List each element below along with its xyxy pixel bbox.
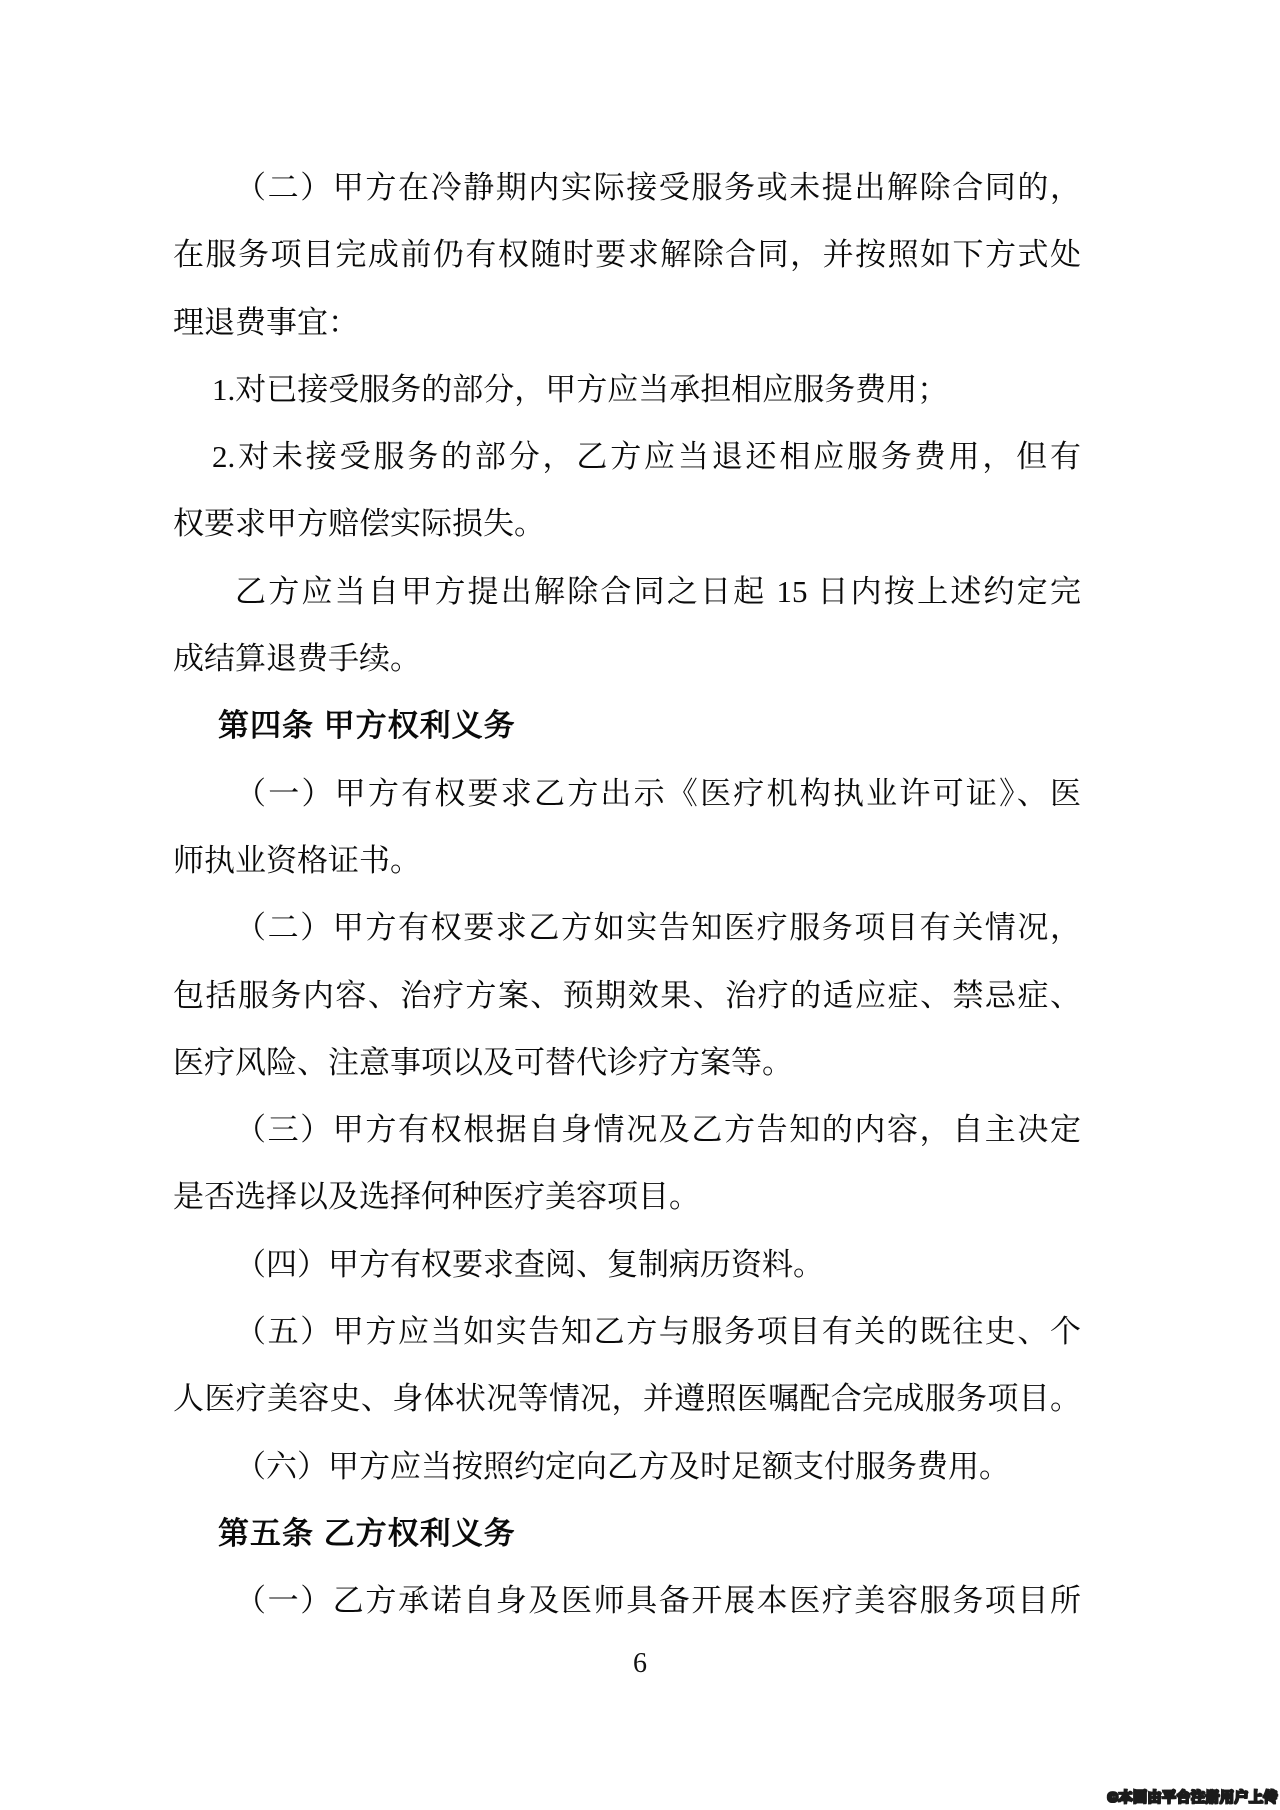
text-line: 是否选择以及选择何种医疗美容项目。	[173, 1163, 1081, 1230]
text-line: （六）甲方应当按照约定向乙方及时足额支付服务费用。	[173, 1433, 1081, 1500]
document-body: （二）甲方在冷静期内实际接受服务或未提出解除合同的，在服务项目完成前仍有权随时要…	[173, 154, 1081, 1635]
text-line: （三）甲方有权根据自身情况及乙方告知的内容，自主决定	[173, 1096, 1081, 1163]
text-line: 乙方应当自甲方提出解除合同之日起 15 日内按上述约定完	[173, 558, 1081, 625]
text-line: 权要求甲方赔偿实际损失。	[173, 490, 1081, 557]
section-heading: 第四条 甲方权利义务	[173, 692, 1081, 759]
text-line: 在服务项目完成前仍有权随时要求解除合同，并按照如下方式处	[173, 221, 1081, 288]
text-line: （二）甲方在冷静期内实际接受服务或未提出解除合同的，	[173, 154, 1081, 221]
text-line: （一）甲方有权要求乙方出示《医疗机构执业许可证》、医	[173, 760, 1081, 827]
text-line: 人医疗美容史、身体状况等情况，并遵照医嘱配合完成服务项目。	[173, 1365, 1081, 1432]
section-heading: 第五条 乙方权利义务	[173, 1500, 1081, 1567]
text-line: （四）甲方有权要求查阅、复制病历资料。	[173, 1231, 1081, 1298]
text-line: 成结算退费手续。	[173, 625, 1081, 692]
text-line: 1.对已接受服务的部分，甲方应当承担相应服务费用；	[173, 356, 1081, 423]
watermark-text: ©本图由平台注册用户上传	[1108, 1788, 1278, 1806]
contract-page: （二）甲方在冷静期内实际接受服务或未提出解除合同的，在服务项目完成前仍有权随时要…	[0, 0, 1280, 1810]
text-line: 2.对未接受服务的部分，乙方应当退还相应服务费用，但有	[173, 423, 1081, 490]
text-line: 师执业资格证书。	[173, 827, 1081, 894]
text-line: （五）甲方应当如实告知乙方与服务项目有关的既往史、个	[173, 1298, 1081, 1365]
text-line: 理退费事宜：	[173, 289, 1081, 356]
text-line: 包括服务内容、治疗方案、预期效果、治疗的适应症、禁忌症、	[173, 962, 1081, 1029]
text-line: 医疗风险、注意事项以及可替代诊疗方案等。	[173, 1029, 1081, 1096]
text-line: （二）甲方有权要求乙方如实告知医疗服务项目有关情况，	[173, 894, 1081, 961]
text-line: （一）乙方承诺自身及医师具备开展本医疗美容服务项目所	[173, 1567, 1081, 1634]
page-number: 6	[0, 1649, 1280, 1679]
